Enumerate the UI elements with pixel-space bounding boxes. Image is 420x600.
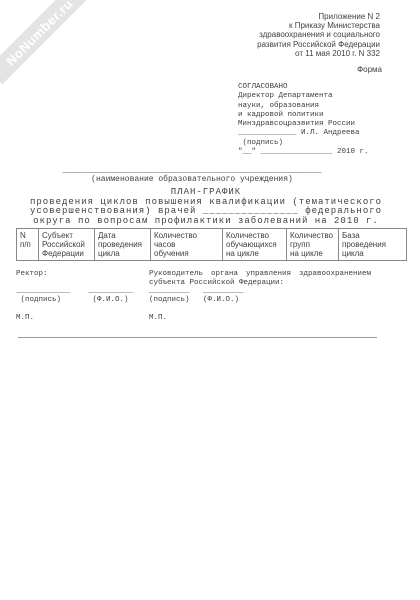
form-label: Форма: [357, 65, 382, 74]
signature-left-block: Ректор: ____________ __________ (подпись…: [16, 270, 133, 322]
approved-date-line: "__" ________________ 2010 г.: [238, 148, 369, 157]
title-line: округа по вопросам профилактики заболева…: [0, 217, 412, 227]
bottom-divider: [18, 337, 377, 338]
appendix-line: к Приказу Министерства: [257, 21, 380, 30]
schedule-table: N п/п Субъект Российской Федерации Дата …: [16, 228, 407, 261]
signature-left-captions: (подпись) (Ф.И.О.): [16, 296, 133, 305]
table-header-cell-date: Дата проведения цикла: [95, 229, 151, 261]
approved-signature-line: _____________ И.Л. Андреева: [238, 129, 369, 138]
appendix-line: здравоохранения и социального: [257, 30, 380, 39]
appendix-line: развития Российской Федерации: [257, 40, 380, 49]
signature-right-lines: _________ _________: [149, 287, 371, 296]
signature-right-captions: (подпись) (Ф.И.О.): [149, 296, 371, 305]
table-header-row: N п/п Субъект Российской Федерации Дата …: [17, 229, 407, 261]
table-header-cell-hours: Количество часов обучения: [151, 229, 223, 261]
approved-line: науки, образования: [238, 102, 369, 111]
title-block: ПЛАН-ГРАФИК проведения циклов повышения …: [0, 188, 412, 227]
table-header-cell-students: Количество обучающихся на цикле: [223, 229, 287, 261]
appendix-line: от 11 мая 2010 г. N 332: [257, 49, 380, 58]
signature-right-block: Руководитель органа управления здравоохр…: [149, 270, 371, 322]
approved-line: Директор Департамента: [238, 92, 369, 101]
approved-line: Минздравсоцразвития России: [238, 120, 369, 129]
institution-caption: (наименование образовательного учреждени…: [0, 175, 384, 184]
signature-right-title-line: субъекта Российской Федерации:: [149, 279, 371, 288]
table-header-cell-base: База проведения цикла: [339, 229, 407, 261]
table-header-cell-subject: Субъект Российской Федерации: [39, 229, 95, 261]
spacer: [16, 305, 133, 314]
table-header-cell-groups: Количество групп на цикле: [287, 229, 339, 261]
table-header-cell-number: N п/п: [17, 229, 39, 261]
signature-left-lines: ____________ __________: [16, 287, 133, 296]
signature-left-title: Ректор:: [16, 270, 133, 279]
approved-line: и кадровой политики: [238, 111, 369, 120]
watermark: NoNumber.ru: [0, 0, 91, 84]
approved-line: СОГЛАСОВАНО: [238, 83, 369, 92]
appendix-block: Приложение N 2 к Приказу Министерства зд…: [257, 12, 380, 58]
appendix-line: Приложение N 2: [257, 12, 380, 21]
spacer: [16, 279, 133, 288]
institution-blank-line: ________________________________________…: [0, 166, 384, 175]
document-page: NoNumber.ru Приложение N 2 к Приказу Мин…: [0, 0, 420, 600]
spacer: [149, 305, 371, 314]
signature-right-title-line: Руководитель органа управления здравоохр…: [149, 270, 371, 279]
approved-block: СОГЛАСОВАНО Директор Департамента науки,…: [238, 83, 369, 157]
approved-signature-caption: (подпись): [238, 139, 369, 148]
signature-right-seal: М.П.: [149, 314, 371, 323]
institution-block: ________________________________________…: [0, 166, 384, 184]
watermark-text: NoNumber.ru: [3, 0, 76, 68]
signature-left-seal: М.П.: [16, 314, 133, 323]
